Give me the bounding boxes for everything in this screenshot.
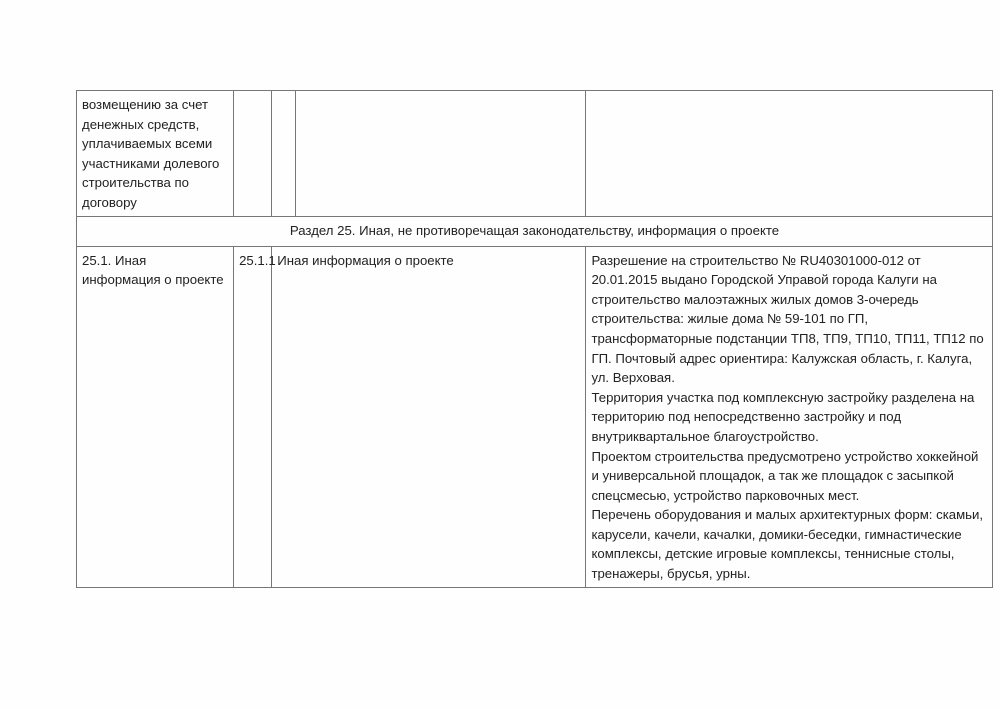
section-header-row: Раздел 25. Иная, не противоречащая закон… [77, 216, 993, 246]
row-item-cell: 25.1. Иная информация о проекте [77, 246, 234, 587]
value-paragraph: Проектом строительства предусмотрено уст… [591, 447, 987, 506]
row-value-cell: Разрешение на строительство № RU40301000… [586, 246, 993, 587]
row-field-cell: Иная информация о проекте [272, 246, 586, 587]
value-paragraph: Разрешение на строительство № RU40301000… [591, 251, 987, 388]
project-declaration-table: возмещению за счет денежных средств, упл… [76, 90, 993, 588]
row-field-cell [295, 91, 586, 217]
row-value-cell [586, 91, 993, 217]
table-row: возмещению за счет денежных средств, упл… [77, 91, 993, 217]
value-paragraph: Территория участка под комплексную застр… [591, 388, 987, 447]
row-code-cell [234, 91, 272, 217]
row-code-cell: 25.1.1 [234, 246, 272, 587]
table-row: 25.1. Иная информация о проекте 25.1.1 И… [77, 246, 993, 587]
row-empty-cell [272, 91, 295, 217]
row-item-cell: возмещению за счет денежных средств, упл… [77, 91, 234, 217]
value-paragraph: Перечень оборудования и малых архитектур… [591, 505, 987, 583]
section-title: Раздел 25. Иная, не противоречащая закон… [77, 216, 993, 246]
document-page: возмещению за счет денежных средств, упл… [0, 0, 1000, 710]
